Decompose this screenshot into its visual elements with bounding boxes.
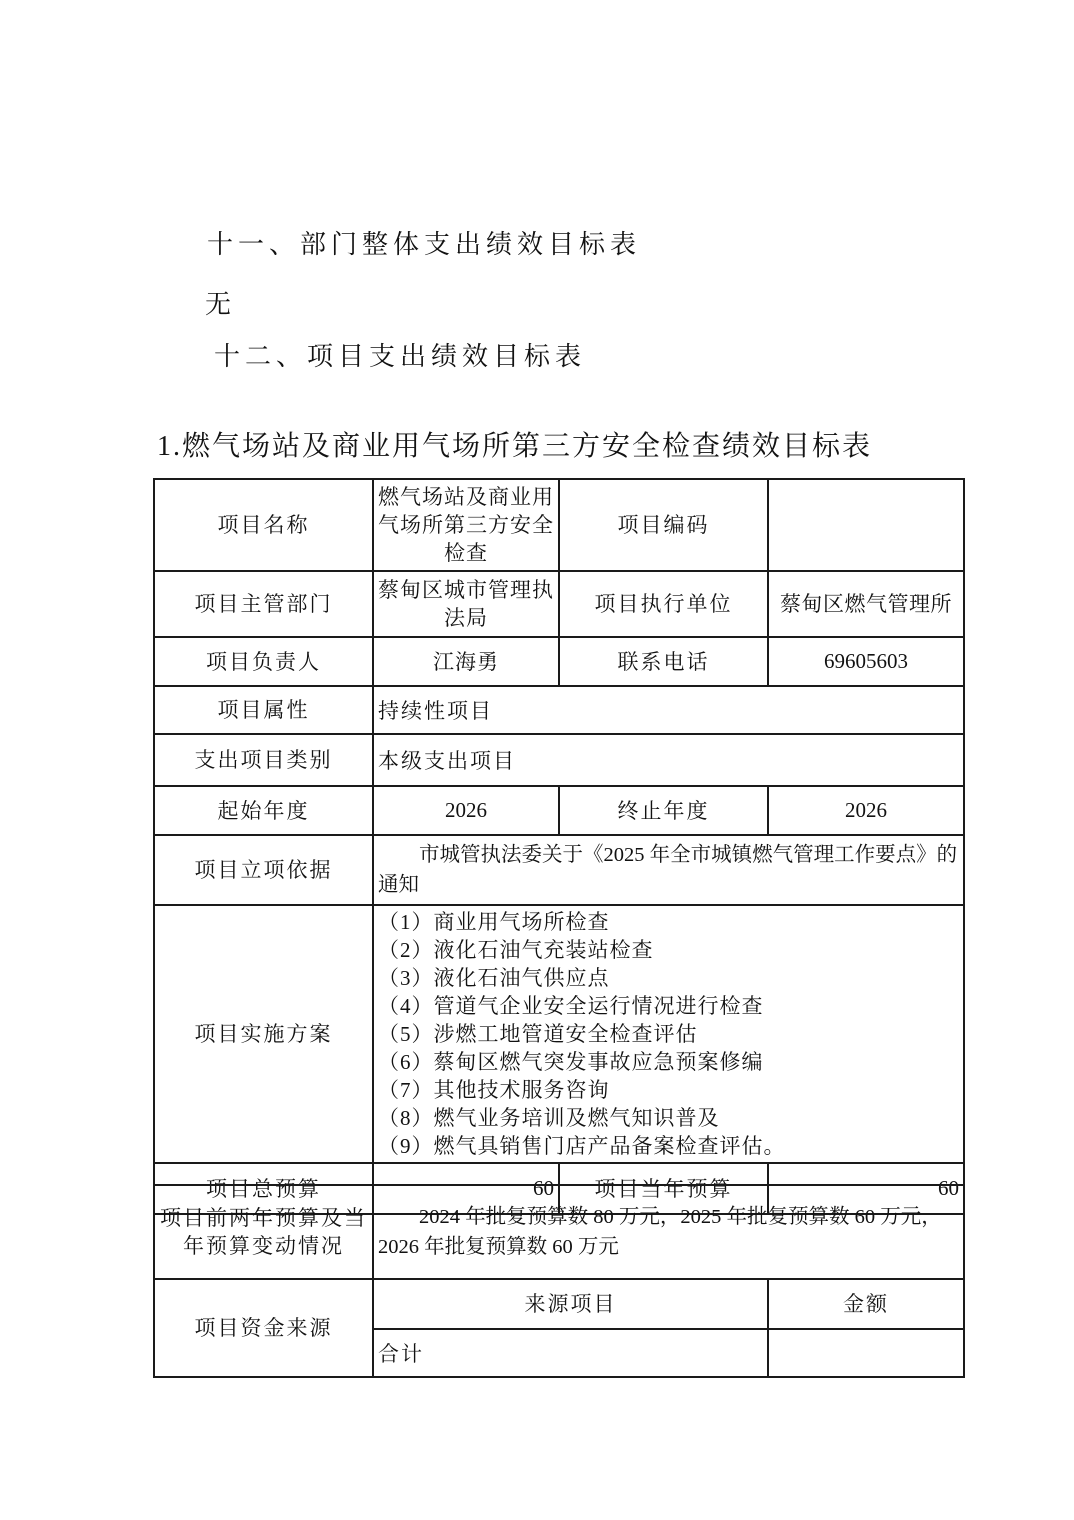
plan-item: （8）燃气业务培训及燃气知识普及 (378, 1104, 959, 1132)
total-row-value (768, 1329, 964, 1377)
row-plan: 项目实施方案 （1）商业用气场所检查 （2）液化石油气充装站检查 （3）液化石油… (154, 905, 964, 1163)
row-department: 项目主管部门 蔡甸区城市管理执法局 项目执行单位 蔡甸区燃气管理所 (154, 571, 964, 637)
plan-item: （2）液化石油气充装站检查 (378, 936, 959, 964)
row-prev-budget: 项目前两年预算及当年预算变动情况 2024 年批复预算数 80 万元，2025 … (154, 1185, 964, 1279)
row-attribute: 项目属性 持续性项目 (154, 686, 964, 734)
prev-budget-text: 2024 年批复预算数 80 万元，2025 年批复预算数 60 万元，2026… (378, 1202, 959, 1262)
start-year-label: 起始年度 (154, 786, 373, 835)
plan-item: （3）液化石油气供应点 (378, 964, 959, 992)
prev-budget-value: 2024 年批复预算数 80 万元，2025 年批复预算数 60 万元，2026… (373, 1185, 964, 1279)
attribute-value: 持续性项目 (373, 686, 964, 734)
amount-header: 金额 (768, 1279, 964, 1329)
row-basis: 项目立项依据 市城管执法委关于《2025 年全市城镇燃气管理工作要点》的通知 (154, 835, 964, 905)
leader-label: 项目负责人 (154, 637, 373, 686)
plan-value: （1）商业用气场所检查 （2）液化石油气充装站检查 （3）液化石油气供应点 （4… (373, 905, 964, 1163)
category-label: 支出项目类别 (154, 734, 373, 786)
section-11-heading: 十一、部门整体支出绩效目标表 (207, 224, 641, 261)
basis-value: 市城管执法委关于《2025 年全市城镇燃气管理工作要点》的通知 (373, 835, 964, 905)
row-category: 支出项目类别 本级支出项目 (154, 734, 964, 786)
dept-label: 项目主管部门 (154, 571, 373, 637)
end-year-label: 终止年度 (559, 786, 768, 835)
category-value: 本级支出项目 (373, 734, 964, 786)
source-project-header: 来源项目 (373, 1279, 768, 1329)
basis-label: 项目立项依据 (154, 835, 373, 905)
document-page: 十一、部门整体支出绩效目标表 无 十二、项目支出绩效目标表 1.燃气场站及商业用… (0, 0, 1074, 1520)
row-project-name: 项目名称 燃气场站及商业用气场所第三方安全检查 项目编码 (154, 479, 964, 571)
performance-target-table-part2: 项目前两年预算及当年预算变动情况 2024 年批复预算数 80 万元，2025 … (153, 1184, 965, 1378)
project-code-value (768, 479, 964, 571)
total-row-label: 合计 (373, 1329, 768, 1377)
row-years: 起始年度 2026 终止年度 2026 (154, 786, 964, 835)
prev-budget-label: 项目前两年预算及当年预算变动情况 (154, 1185, 373, 1279)
project-name-label: 项目名称 (154, 479, 373, 571)
table-title: 1.燃气场站及商业用气场所第三方安全检查绩效目标表 (157, 424, 872, 464)
plan-item: （6）蔡甸区燃气突发事故应急预案修编 (378, 1048, 959, 1076)
end-year-value: 2026 (768, 786, 964, 835)
phone-value: 69605603 (768, 637, 964, 686)
start-year-value: 2026 (373, 786, 559, 835)
plan-item: （7）其他技术服务咨询 (378, 1076, 959, 1104)
phone-label: 联系电话 (559, 637, 768, 686)
dept-value: 蔡甸区城市管理执法局 (373, 571, 559, 637)
plan-item: （4）管道气企业安全运行情况进行检查 (378, 992, 959, 1020)
plan-item: （1）商业用气场所检查 (378, 908, 959, 936)
performance-target-table-part1: 项目名称 燃气场站及商业用气场所第三方安全检查 项目编码 项目主管部门 蔡甸区城… (153, 478, 965, 1215)
attribute-label: 项目属性 (154, 686, 373, 734)
basis-text: 市城管执法委关于《2025 年全市城镇燃气管理工作要点》的通知 (378, 840, 959, 900)
project-name-value: 燃气场站及商业用气场所第三方安全检查 (373, 479, 559, 571)
exec-unit-value: 蔡甸区燃气管理所 (768, 571, 964, 637)
section-12-heading: 十二、项目支出绩效目标表 (214, 336, 586, 373)
section-11-body: 无 (205, 284, 236, 321)
plan-label: 项目实施方案 (154, 905, 373, 1163)
row-leader: 项目负责人 江海勇 联系电话 69605603 (154, 637, 964, 686)
plan-item: （9）燃气具销售门店产品备案检查评估。 (378, 1132, 959, 1160)
project-code-label: 项目编码 (559, 479, 768, 571)
exec-unit-label: 项目执行单位 (559, 571, 768, 637)
row-funding-header: 项目资金来源 来源项目 金额 (154, 1279, 964, 1329)
leader-value: 江海勇 (373, 637, 559, 686)
plan-item: （5）涉燃工地管道安全检查评估 (378, 1020, 959, 1048)
funding-source-label: 项目资金来源 (154, 1279, 373, 1377)
